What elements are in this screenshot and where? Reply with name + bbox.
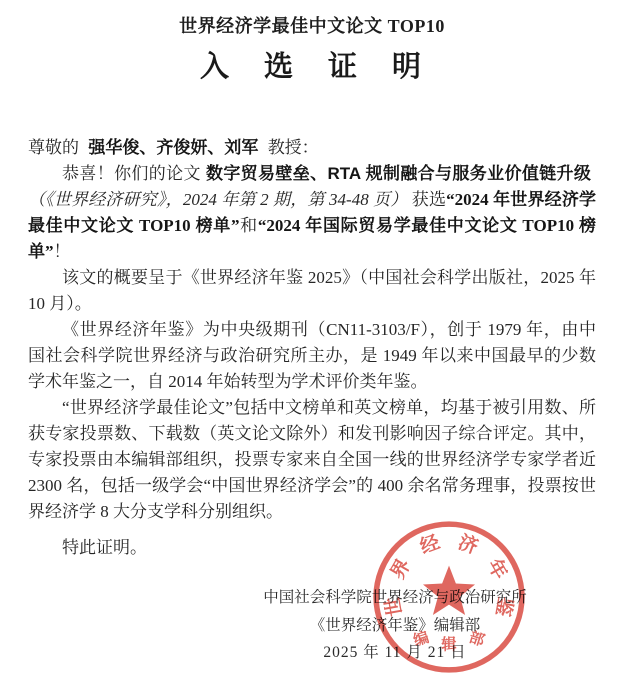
- signature-org-line1: 中国社会科学院世界经济与政治研究所: [170, 584, 620, 612]
- signature-org-line2: 《世界经济年鉴》编辑部: [170, 612, 620, 640]
- closing-line: 特此证明。: [28, 535, 596, 561]
- signature-date: 2025 年 11 月 21 日: [170, 639, 620, 667]
- congrats-paragraph: 恭喜！你们的论文数字贸易壁垒、RTA 规制融合与服务业价值链升级（《世界经济研究…: [28, 161, 596, 265]
- certificate-page: 世界经济学最佳中文论文 TOP10 入 选 证 明 尊敬的强华俊、齐俊妍、刘军教…: [0, 0, 624, 679]
- certificate-title: 入 选 证 明: [0, 44, 624, 85]
- signature-block: 中国社会科学院世界经济与政治研究所 《世界经济年鉴》编辑部 2025 年 11 …: [170, 584, 620, 667]
- certificate-body: 尊敬的强华俊、齐俊妍、刘军教授： 恭喜！你们的论文数字贸易壁垒、RTA 规制融合…: [28, 135, 596, 561]
- yearbook-intro-paragraph: 《世界经济年鉴》为中央级期刊（CN11-3103/F），创于 1979 年，由中…: [28, 317, 596, 395]
- salutation-line: 尊敬的强华俊、齐俊妍、刘军教授：: [28, 135, 596, 161]
- document-title: 世界经济学最佳中文论文 TOP10: [0, 0, 624, 38]
- salutation-prefix: 尊敬的: [28, 138, 79, 157]
- award-conjunction: 和: [239, 216, 257, 235]
- salutation-suffix: 教授：: [268, 138, 319, 157]
- yearbook-note-paragraph: 该文的概要呈于《世界经济年鉴 2025》（中国社会科学出版社，2025 年 10…: [28, 265, 596, 317]
- congrats-lead: 恭喜！你们的论文: [62, 164, 201, 183]
- exclamation-mark: ！: [54, 242, 71, 261]
- paper-citation: （《世界经济研究》，2024 年第 2 期，第 34-48 页）: [28, 190, 408, 209]
- paper-title: 数字贸易壁垒、RTA 规制融合与服务业价值链升级: [206, 164, 591, 183]
- methodology-paragraph: “世界经济学最佳论文”包括中文榜单和英文榜单，均基于被引用数、所获专家投票数、下…: [28, 395, 596, 525]
- recipient-names: 强华俊、齐俊妍、刘军: [88, 138, 258, 157]
- award-verb: 获选: [412, 190, 446, 209]
